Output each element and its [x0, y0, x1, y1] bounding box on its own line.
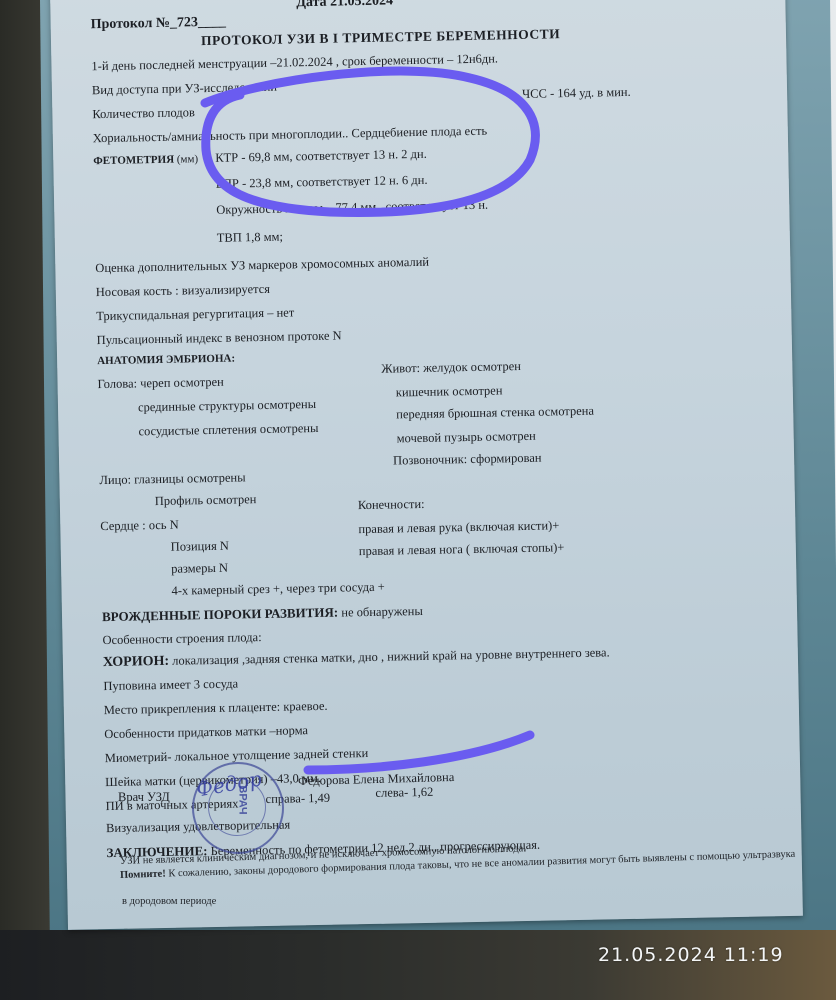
ductus-venosus-pi: Пульсационный индекс в венозном протоке …: [97, 328, 342, 348]
anatomy-arms: правая и левая рука (включая кисти)+: [358, 518, 559, 537]
fetal-structure: Особенности строения плода:: [102, 630, 261, 648]
malformations-label: ВРОЖДЕННЫЕ ПОРОКИ РАЗВИТИЯ:: [102, 605, 338, 625]
disclaimer-line-3: в дородовом периоде: [122, 896, 216, 907]
malformations-value: не обнаружены: [338, 604, 423, 620]
chorion-value: локализация ,задняя стенка матки, дно , …: [169, 645, 610, 667]
anatomy-bladder: мочевой пузырь осмотрен: [397, 429, 536, 447]
fetometry-head-circumference: Окружность головы – 77,4 мм , соответств…: [216, 198, 488, 218]
anatomy-bowel: кишечник осмотрен: [396, 383, 503, 400]
anatomy-heart-axis: Сердце : ось N: [100, 518, 179, 535]
uterine-artery-pi-left: слева- 1,62: [375, 785, 433, 801]
document-date: Дата 21.05.2024: [296, 0, 393, 11]
chorionicity-line: Хориальность/амниальность при многоплоди…: [93, 124, 488, 147]
fetometry-bpr: БПР - 23,8 мм, соответствует 12 н. 6 дн.: [216, 173, 428, 192]
tricuspid-regurgitation: Трикуспидальная регургитация – нет: [96, 305, 294, 324]
markers-title: Оценка дополнительных УЗ маркеров хромос…: [95, 255, 429, 276]
chorion-line: ХОРИОН: локализация ,задняя стенка матки…: [103, 645, 610, 671]
anatomy-head: Голова: череп осмотрен: [97, 375, 224, 392]
anatomy-heart-size: размеры N: [171, 561, 228, 577]
anatomy-heart-views: 4-х камерный срез +, через три сосуда +: [171, 580, 385, 599]
protocol-number: Протокол №_723____: [91, 15, 227, 34]
lmp-line: 1-й день последней менструации –21.02.20…: [91, 51, 498, 74]
anatomy-face: Лицо: глазницы осмотрены: [99, 470, 245, 488]
anatomy-heart-position: Позиция N: [171, 539, 229, 555]
fetometry-ktr: КТР - 69,8 мм, соответствует 13 н. 2 дн.: [215, 147, 427, 166]
fetus-count-line: Количество плодов: [92, 105, 195, 122]
adnexa: Особенности придатков матки –норма: [104, 723, 308, 742]
photo-timestamp: 21.05.2024 11:19: [598, 944, 784, 966]
anatomy-abdominal-wall: передняя брюшная стенка осмотрена: [396, 404, 594, 423]
anatomy-midline: срединные структуры осмотрены: [138, 397, 316, 415]
document-title: ПРОТОКОЛ УЗИ В I ТРИМЕСТРЕ БЕРЕМЕННОСТИ: [201, 26, 560, 49]
doctor-role: Врач УЗД: [118, 790, 170, 805]
anatomy-limbs-title: Конечности:: [358, 497, 425, 513]
anatomy-spine: Позвоночник: сформирован: [393, 451, 542, 469]
cord-insertion: Место прикрепления к плаценте: краевое.: [104, 699, 328, 718]
anatomy-profile: Профиль осмотрен: [155, 492, 257, 509]
anatomy-title: АНАТОМИЯ ЭМБРИОНА:: [97, 353, 235, 368]
fetometry-nt: ТВП 1,8 мм;: [217, 230, 283, 246]
anatomy-abdomen: Живот: желудок осмотрен: [381, 359, 521, 377]
heart-rate: ЧСС - 164 уд. в мин.: [522, 85, 631, 102]
fetometry-unit: (мм): [177, 153, 198, 165]
nasal-bone: Носовая кость : визуализируется: [96, 282, 270, 300]
anatomy-legs: правая и левая нога ( включая стопы)+: [359, 540, 565, 559]
disclaimer-remember: Помните!: [120, 869, 166, 881]
chorion-label: ХОРИОН:: [103, 654, 169, 670]
malformations-line: ВРОЖДЕННЫЕ ПОРОКИ РАЗВИТИЯ: не обнаружен…: [102, 603, 423, 625]
fetometry-title: ФЕТОМЕТРИЯ: [93, 154, 174, 168]
umbilical-cord: Пуповина имеет 3 сосуда: [103, 677, 238, 695]
fetometry-label: ФЕТОМЕТРИЯ (мм): [93, 153, 198, 167]
anatomy-plexus: сосудистые сплетения осмотрены: [138, 421, 318, 439]
access-line: Вид доступа при УЗ-исследовании: [92, 80, 277, 99]
